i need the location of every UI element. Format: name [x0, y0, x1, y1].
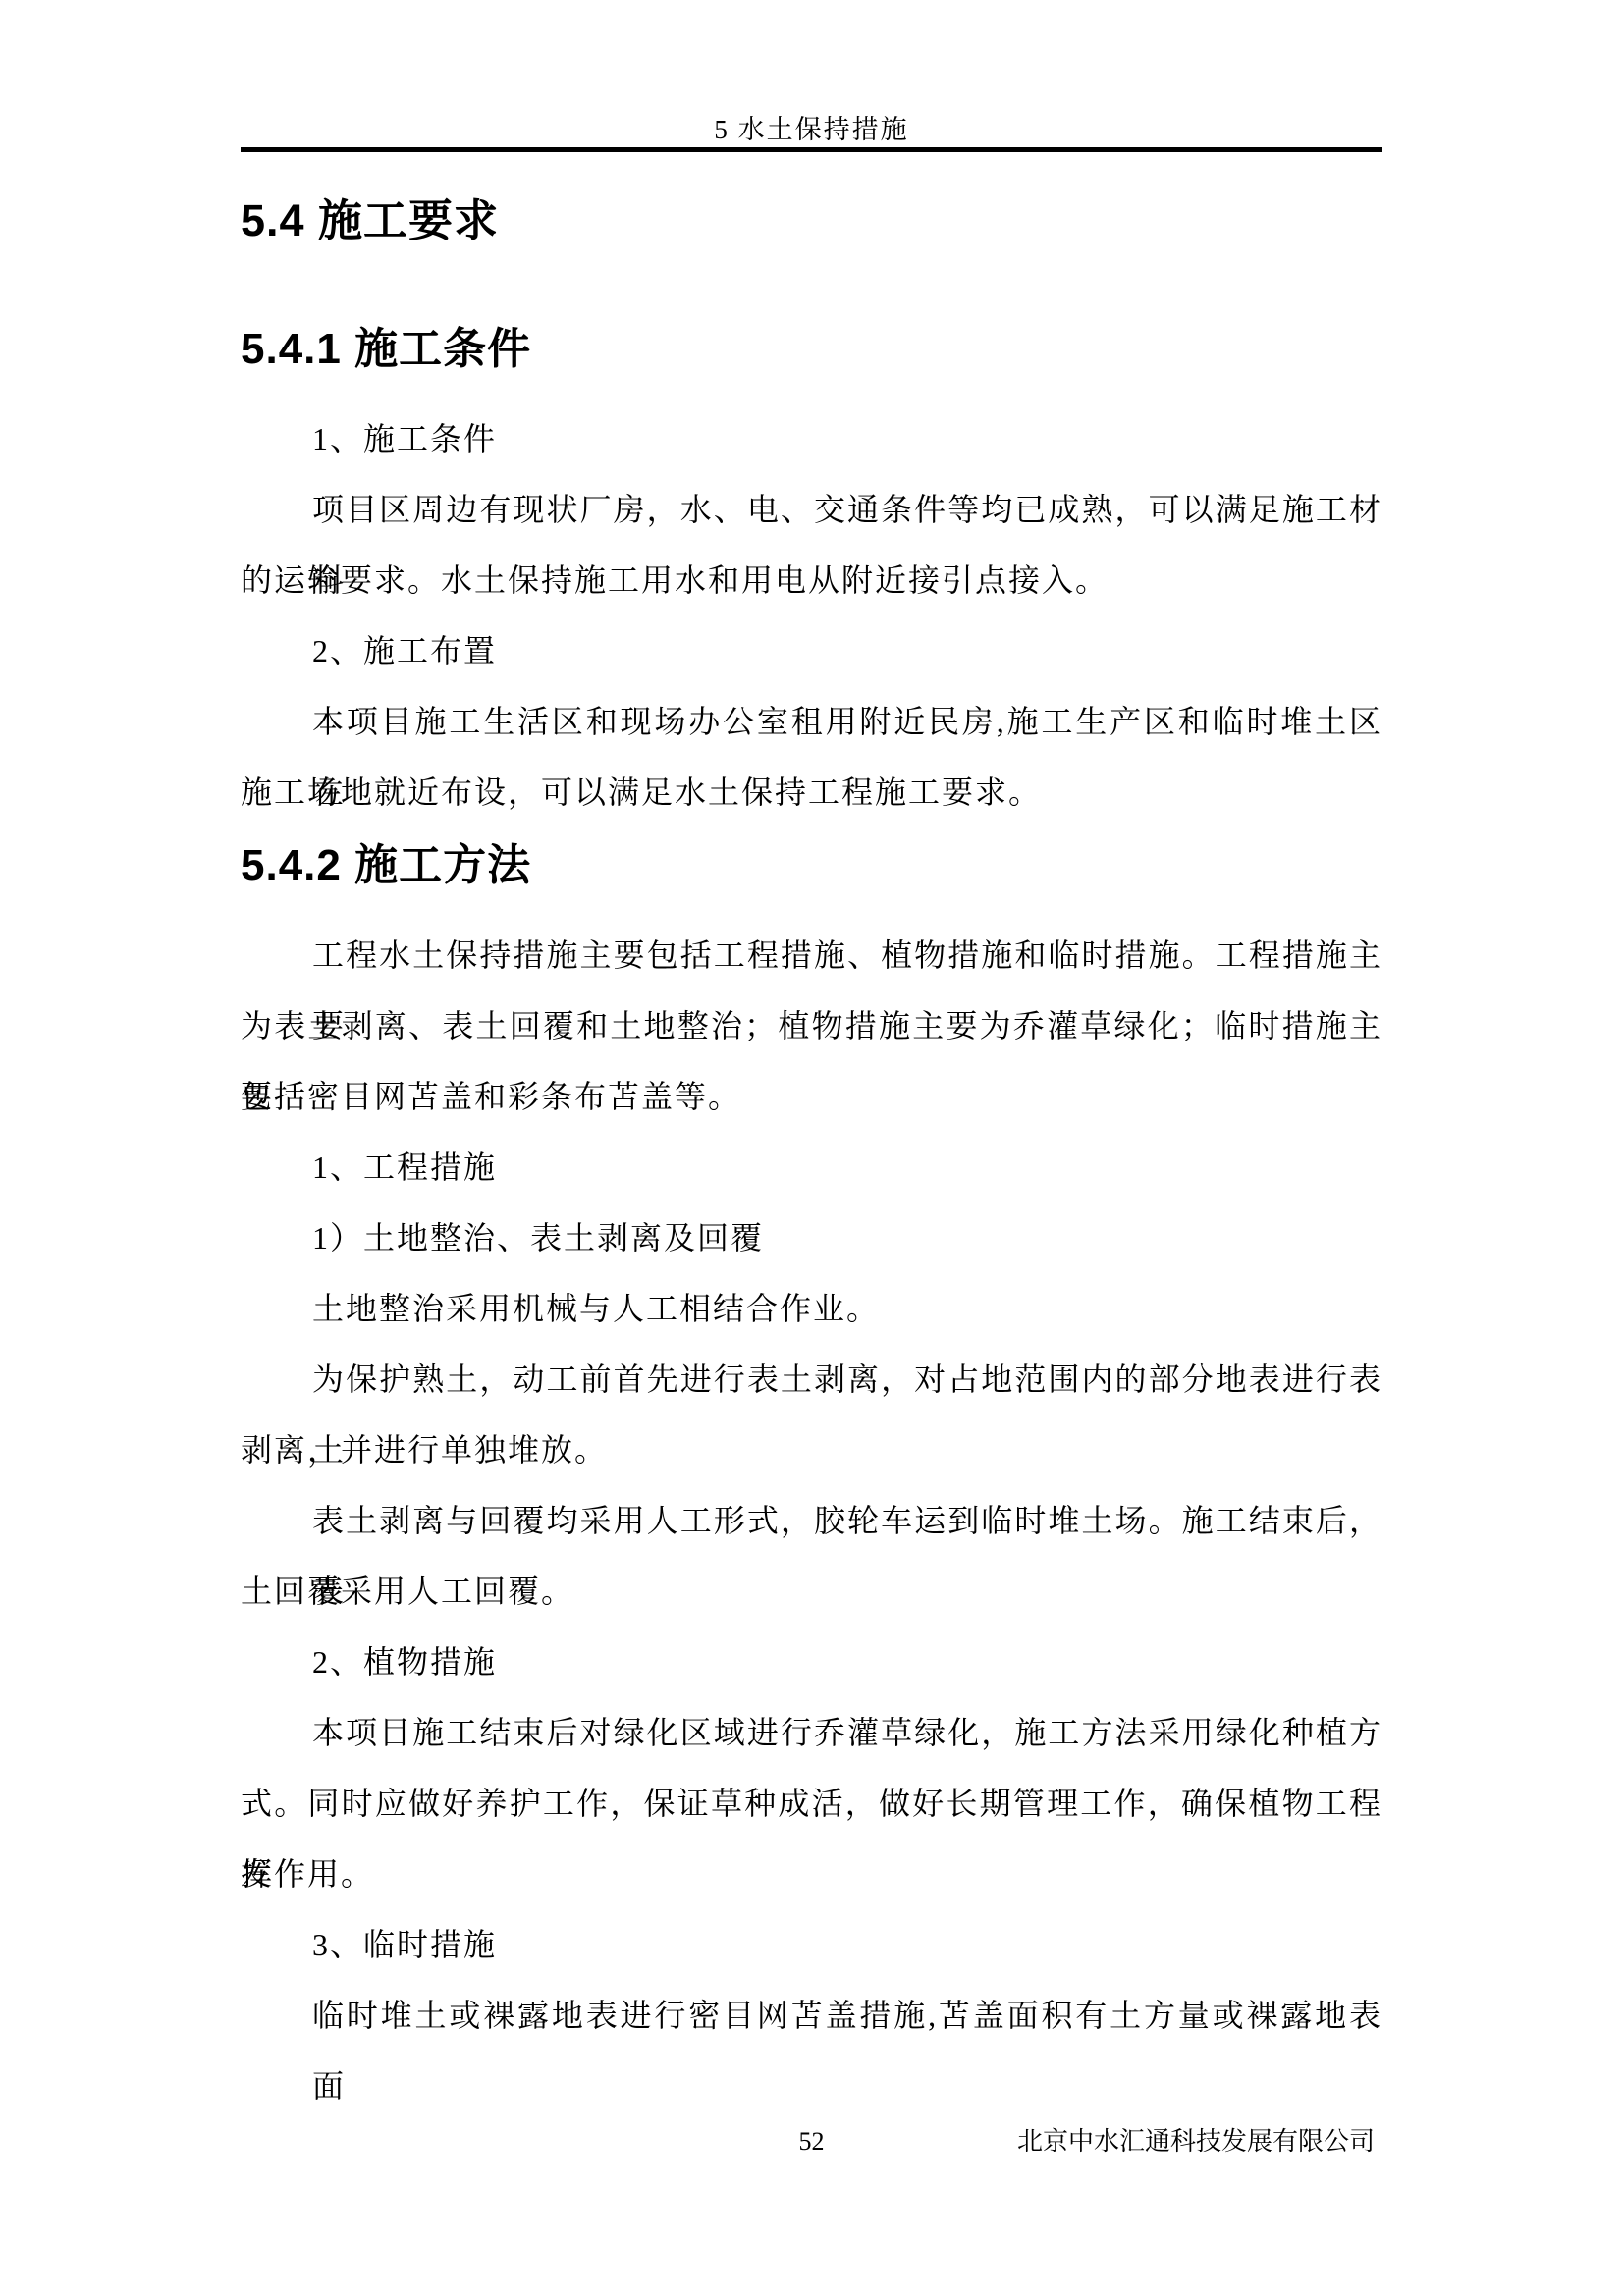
footer-company-name: 北京中水汇通科技发展有限公司 [1017, 2125, 1375, 2159]
body-line: 土回覆采用人工回覆。 [241, 1556, 1382, 1627]
body-line: 工程水土保持措施主要包括工程措施、植物措施和临时措施。工程措施主要 [241, 920, 1382, 990]
body-line: 土地整治采用机械与人工相结合作业。 [241, 1273, 1382, 1344]
body-line: 临时堆土或裸露地表进行密目网苫盖措施,苫盖面积有土方量或裸露地表面 [241, 1980, 1382, 2051]
body-line: 式。同时应做好养护工作，保证草种成活，做好长期管理工作，确保植物工程发 [241, 1768, 1382, 1839]
body-line: 本项目施工结束后对绿化区域进行乔灌草绿化，施工方法采用绿化种植方 [241, 1697, 1382, 1768]
subsection-heading: 5.4.1 施工条件 [241, 326, 1382, 373]
document-body: 5.4 施工要求5.4.1 施工条件1、施工条件项目区周边有现状厂房，水、电、交… [241, 196, 1382, 2051]
body-line: 包括密目网苫盖和彩条布苫盖等。 [241, 1061, 1382, 1132]
document-page: 5 水土保持措施 5.4 施工要求5.4.1 施工条件1、施工条件项目区周边有现… [0, 0, 1624, 2296]
body-line: 为表土剥离、表土回覆和土地整治；植物措施主要为乔灌草绿化；临时措施主要 [241, 990, 1382, 1061]
body-line: 2、施工布置 [241, 615, 1382, 686]
body-line: 施工场地就近布设，可以满足水土保持工程施工要求。 [241, 757, 1382, 828]
body-line: 为保护熟土，动工前首先进行表土剥离，对占地范围内的部分地表进行表土 [241, 1344, 1382, 1415]
body-line: 1、工程措施 [241, 1132, 1382, 1202]
body-line: 2、植物措施 [241, 1627, 1382, 1697]
body-line: 的运输要求。水土保持施工用水和用电从附近接引点接入。 [241, 545, 1382, 615]
page-footer: 52 北京中水汇通科技发展有限公司 [241, 2125, 1382, 2159]
page-header-title: 5 水土保持措施 [241, 114, 1382, 152]
body-line: 挥作用。 [241, 1839, 1382, 1909]
body-line: 1）土地整治、表土剥离及回覆 [241, 1202, 1382, 1273]
body-line: 表土剥离与回覆均采用人工形式，胶轮车运到临时堆土场。施工结束后，表 [241, 1485, 1382, 1556]
body-line: 项目区周边有现状厂房，水、电、交通条件等均已成熟，可以满足施工材料 [241, 474, 1382, 545]
body-line: 1、施工条件 [241, 403, 1382, 474]
body-line: 本项目施工生活区和现场办公室租用附近民房,施工生产区和临时堆土区在 [241, 686, 1382, 757]
body-line: 剥离，并进行单独堆放。 [241, 1415, 1382, 1485]
section-heading: 5.4 施工要求 [241, 196, 1382, 245]
body-line: 3、临时措施 [241, 1909, 1382, 1980]
subsection-heading: 5.4.2 施工方法 [241, 842, 1382, 889]
